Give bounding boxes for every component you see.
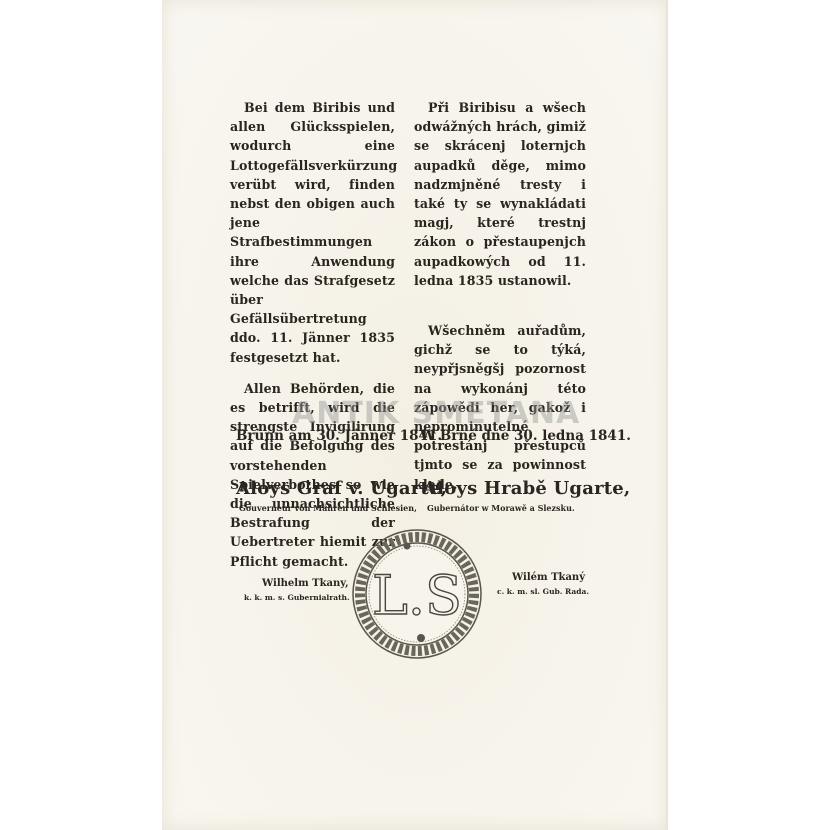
czech-paragraph-1: Při Biribisu a wšech odwážných hrách, gi…	[414, 98, 586, 290]
german-signature: Aloys Graf v. Ugarte,	[236, 478, 447, 499]
german-paragraph-1: Bei dem Biribis und allen Glücksspielen,…	[230, 98, 395, 367]
seal-icon: L.S	[349, 526, 485, 662]
czech-official-title: c. k. m. sl. Gub. Rada.	[497, 587, 589, 596]
german-official-title: k. k. m. s. Gubernialrath.	[244, 593, 350, 602]
czech-signature-title: Gubernátor w Morawě a Slezsku.	[427, 503, 575, 513]
watermark: ANTIK SMETANA	[292, 396, 580, 431]
czech-official-name: Wilém Tkaný	[512, 572, 585, 583]
left-column-german: Bei dem Biribis und allen Glücksspielen,…	[230, 98, 395, 571]
svg-text:L.S: L.S	[372, 564, 462, 627]
german-official-name: Wilhelm Tkany,	[262, 578, 349, 589]
czech-signature: Aloys Hrabě Ugarte,	[423, 478, 630, 499]
german-signature-title: Gouverneur von Mähren und Schlesien,	[239, 503, 417, 513]
